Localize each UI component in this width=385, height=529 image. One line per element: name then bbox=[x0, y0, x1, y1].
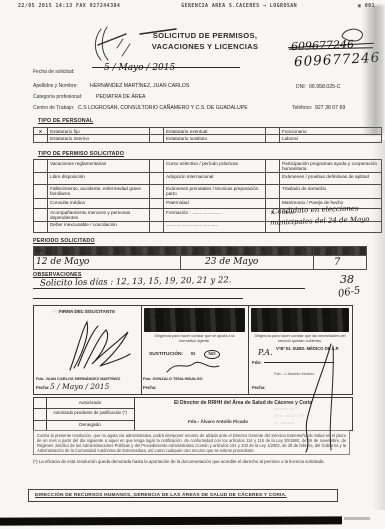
dni-label: DNI: bbox=[296, 84, 306, 90]
personnel-type-heading: TIPO DE PERSONAL bbox=[38, 118, 93, 124]
request-date-label: Fecha de solicitud: bbox=[33, 69, 75, 75]
handwritten-number: 609677246 bbox=[294, 50, 381, 70]
period-total-value: 7 bbox=[334, 257, 340, 268]
category-label: Categoría profesional: bbox=[33, 94, 82, 100]
option-label: Traslado de domicilio bbox=[280, 185, 382, 199]
scanned-form-page: 22/05 2015 14:13 FAX 927244384 GERENCIA … bbox=[0, 0, 385, 529]
substitution-row: SUSTITUCIÓN: SI NO bbox=[149, 350, 246, 359]
period-table: Inicio 12 de Mayo 23 de Mayo 7 bbox=[33, 246, 367, 270]
pa-handwriting: P.A. bbox=[258, 348, 273, 357]
checkbox-cell bbox=[34, 160, 48, 173]
personnel-type-table: X Estatutario fijo Estatutario eventual … bbox=[33, 127, 382, 143]
margin-handwriting-top: 38 bbox=[340, 273, 354, 286]
period-end-cell: 23 de Mayo bbox=[181, 256, 314, 270]
divider bbox=[134, 398, 135, 430]
footer-box: DIRECCIÓN DE RECURSOS HUMANOS, GERENCIA … bbox=[28, 489, 338, 502]
option-label: Acompañamiento menores y personas depend… bbox=[48, 209, 150, 222]
checkbox-cell bbox=[150, 221, 164, 232]
substitute-date-label: Fecha: bbox=[143, 385, 157, 390]
signature-block: FIRMA DEL SOLICITANTE Fdo: JUAN CARLOS H… bbox=[33, 305, 353, 395]
option-label: Libre disposición bbox=[48, 173, 150, 185]
director-signature-line bbox=[264, 362, 334, 363]
workcenter-label: Centro de Trabajo: bbox=[33, 105, 74, 111]
fax-page-icon: ▣ bbox=[358, 3, 361, 9]
option-label: Exámenes / pruebas definitivas de aptitu… bbox=[280, 173, 382, 185]
observations-line bbox=[33, 298, 243, 299]
fax-header: 22/05 2015 14:13 FAX 927244384 GERENCIA … bbox=[18, 3, 375, 9]
table-row: Inicio bbox=[34, 247, 367, 256]
category-value: PEDIATRA DE ÁREA bbox=[96, 94, 146, 100]
authorized-pending-row: Autorizado pendiente de justificación (*… bbox=[34, 409, 134, 421]
vobo-label: VºBº EL SUBD. MÉDICO DE A.P. bbox=[276, 346, 350, 351]
checkbox-cell bbox=[34, 420, 46, 429]
scan-artifact bbox=[344, 517, 370, 520]
checkbox-cell bbox=[150, 128, 164, 135]
option-label: Adopción internacional bbox=[164, 173, 266, 185]
director-fdo-name: Fdo.: J. Antonio Moreno bbox=[274, 372, 314, 376]
director-date-label: Fecha: bbox=[252, 385, 266, 390]
checkbox-cell bbox=[266, 160, 280, 173]
denied-label: Denegado bbox=[46, 420, 134, 429]
option-label: Curso selectivo / período prácticas bbox=[164, 160, 266, 173]
substitute-signature bbox=[163, 356, 223, 376]
applicant-signature-title: FIRMA DEL SOLICITANTE bbox=[52, 309, 122, 314]
director-fdo-label: Fdo: bbox=[252, 360, 262, 365]
checkbox-cell bbox=[150, 185, 164, 199]
footer-text: DIRECCIÓN DE RECURSOS HUMANOS, GERENCIA … bbox=[29, 493, 287, 498]
substitution-no-circled: NO bbox=[204, 350, 219, 359]
margin-handwriting-bottom: 06-5 bbox=[337, 285, 361, 300]
option-label: Laboral bbox=[280, 135, 382, 142]
authorized-pending-label: Autorizado pendiente de justificación (*… bbox=[46, 409, 134, 420]
checkbox-cell bbox=[150, 160, 164, 173]
checkbox-cell bbox=[34, 185, 48, 199]
applicant-fdo: Fdo: JUAN CARLOS HERNÁNDEZ MARTÍNEZ bbox=[36, 376, 120, 381]
checkbox-cell bbox=[34, 221, 48, 232]
period-end-value: 23 de Mayo bbox=[205, 257, 258, 267]
table-row: Libre disposición Adopción internacional… bbox=[34, 173, 382, 185]
faint-stamp: ▭▭▭ ▭▭▭▭ ▭▭▭▭▭ ▭▭▭ bbox=[274, 405, 305, 426]
option-label: ........................................ bbox=[164, 221, 266, 232]
checkbox-cell bbox=[266, 185, 280, 199]
authorized-label: Autorizado bbox=[46, 398, 134, 408]
checkbox-cell bbox=[34, 409, 46, 420]
request-date-value: 5 / Mayo / 2015 bbox=[104, 63, 175, 73]
option-label: Estatutario eventual bbox=[164, 128, 266, 135]
period-total-header bbox=[314, 247, 367, 256]
option-label: Formación : ....................... bbox=[164, 209, 266, 222]
checkbox-cell bbox=[34, 209, 48, 222]
option-label: Estatutario fijo bbox=[48, 128, 150, 135]
option-label: Estatutario interino bbox=[48, 135, 150, 142]
table-row: Vacaciones reglamentarias Curso selectiv… bbox=[34, 160, 382, 173]
fax-page-number: 001 bbox=[365, 3, 375, 9]
checkbox-cell bbox=[34, 398, 46, 408]
observations-line bbox=[33, 288, 305, 289]
table-row: Fallecimiento, accidente, enfermedad gra… bbox=[34, 185, 382, 199]
option-label: Participación programas ayuda y cooperac… bbox=[280, 160, 382, 173]
dni-value: 06.958.025-C bbox=[309, 84, 340, 90]
phone-value: 927 36 07 69 bbox=[315, 105, 345, 111]
phone-label: Teléfono: bbox=[292, 105, 312, 111]
fax-page-indicator: ▣ 001 bbox=[358, 3, 375, 9]
scan-smudge bbox=[362, 5, 384, 135]
permit-type-heading: TIPO DE PERMISO SOLICITADO bbox=[38, 151, 124, 157]
substitute-fdo: Fdo: GONZALO TENA HIDALGO bbox=[143, 376, 203, 381]
period-start-header: Inicio bbox=[34, 247, 181, 256]
checkbox-cell bbox=[150, 199, 164, 209]
checkbox-cell bbox=[150, 135, 164, 142]
period-start-value: 12 de Mayo bbox=[36, 257, 89, 267]
applicant-date-value: 5 / Mayo / 2015 bbox=[50, 382, 109, 391]
checkbox-cell bbox=[150, 209, 164, 222]
observations-handwriting: Solicito los días : 12, 13, 15, 19, 20, … bbox=[40, 275, 232, 288]
period-end-header bbox=[181, 247, 314, 256]
illegible-inked-header bbox=[144, 308, 245, 332]
director-signature-cell: Diligencia para hacer constar que las ne… bbox=[248, 306, 352, 394]
resolution-block: Autorizado Autorizado pendiente de justi… bbox=[33, 397, 353, 431]
illegible-inked-header bbox=[251, 308, 349, 332]
option-label: Vacaciones reglamentarias bbox=[48, 160, 150, 173]
checkbox-cell bbox=[266, 128, 280, 135]
option-label: Deber inexcusable / conciliación bbox=[48, 221, 150, 232]
substitute-signature-cell: Diligencia para hacer constar que se aju… bbox=[141, 306, 248, 394]
substitution-label: SUSTITUCIÓN: bbox=[149, 352, 183, 357]
option-label: Exámenes prenatales / técnicas preparaci… bbox=[164, 185, 266, 199]
option-label: Fallecimiento, accidente, enfermedad gra… bbox=[48, 185, 150, 199]
form-title: SOLICITUD DE PERMISOS, VACACIONES Y LICE… bbox=[138, 30, 272, 52]
denied-row: Denegado bbox=[34, 420, 134, 429]
name-label: Apellidos y Nombre: bbox=[33, 83, 78, 89]
fax-route: GERENCIA AREA S.CACERES → LOGROSAN bbox=[181, 3, 297, 9]
authorized-row: Autorizado bbox=[34, 398, 134, 409]
form-title-line2: VACACIONES Y LICENCIAS bbox=[138, 41, 272, 52]
checkbox-cell: X bbox=[34, 128, 48, 135]
period-heading: PERIODO SOLICITADO bbox=[33, 238, 95, 244]
checkbox-cell bbox=[34, 173, 48, 185]
substitution-yes: SI bbox=[190, 352, 195, 357]
period-total-cell: 7 bbox=[314, 256, 367, 270]
checkbox-cell bbox=[34, 199, 48, 209]
fax-datetime: 22/05 2015 14:13 FAX 927244384 bbox=[18, 3, 120, 9]
legal-text: Contra la presente resolución, que no ag… bbox=[33, 430, 350, 455]
applicant-signature bbox=[40, 318, 135, 373]
period-start-cell: 12 de Mayo bbox=[34, 256, 181, 270]
applicant-date-label: Fecha: bbox=[36, 385, 50, 390]
director-note: Diligencia para hacer constar que las ne… bbox=[253, 334, 347, 343]
table-row: 12 de Mayo 23 de Mayo 7 bbox=[34, 256, 367, 270]
applicant-signature-cell: FIRMA DEL SOLICITANTE Fdo: JUAN CARLOS H… bbox=[34, 306, 141, 394]
option-label: Estatutario sustituto bbox=[164, 135, 266, 142]
option-label: Funcionario bbox=[280, 128, 382, 135]
name-value: HERNÁNDEZ MARTÍNEZ, JUAN CARLOS bbox=[90, 83, 189, 89]
option-label: Paternidad bbox=[164, 199, 266, 209]
scan-edge-bar bbox=[0, 516, 342, 525]
checkbox-cell bbox=[266, 173, 280, 185]
checkbox-cell bbox=[150, 173, 164, 185]
table-row: X Estatutario fijo Estatutario eventual … bbox=[34, 128, 382, 135]
director-rrhh-title: El Director de RRHH del Área de Salud de… bbox=[138, 400, 348, 406]
checkbox-cell bbox=[34, 135, 48, 142]
table-row: Estatutario interino Estatutario sustitu… bbox=[34, 135, 382, 142]
footnote-text: (*) La eficacia de esta resolución queda… bbox=[33, 459, 333, 465]
form-title-line1: SOLICITUD DE PERMISOS, bbox=[138, 30, 272, 41]
checkbox-cell bbox=[266, 135, 280, 142]
option-label: Consulta médica bbox=[48, 199, 150, 209]
substitute-note: Diligencia para hacer constar que se aju… bbox=[146, 334, 243, 343]
workcenter-value: C.S LOGROSÁN, CONSULTORIO CAÑAMERO Y C.S… bbox=[78, 105, 248, 111]
